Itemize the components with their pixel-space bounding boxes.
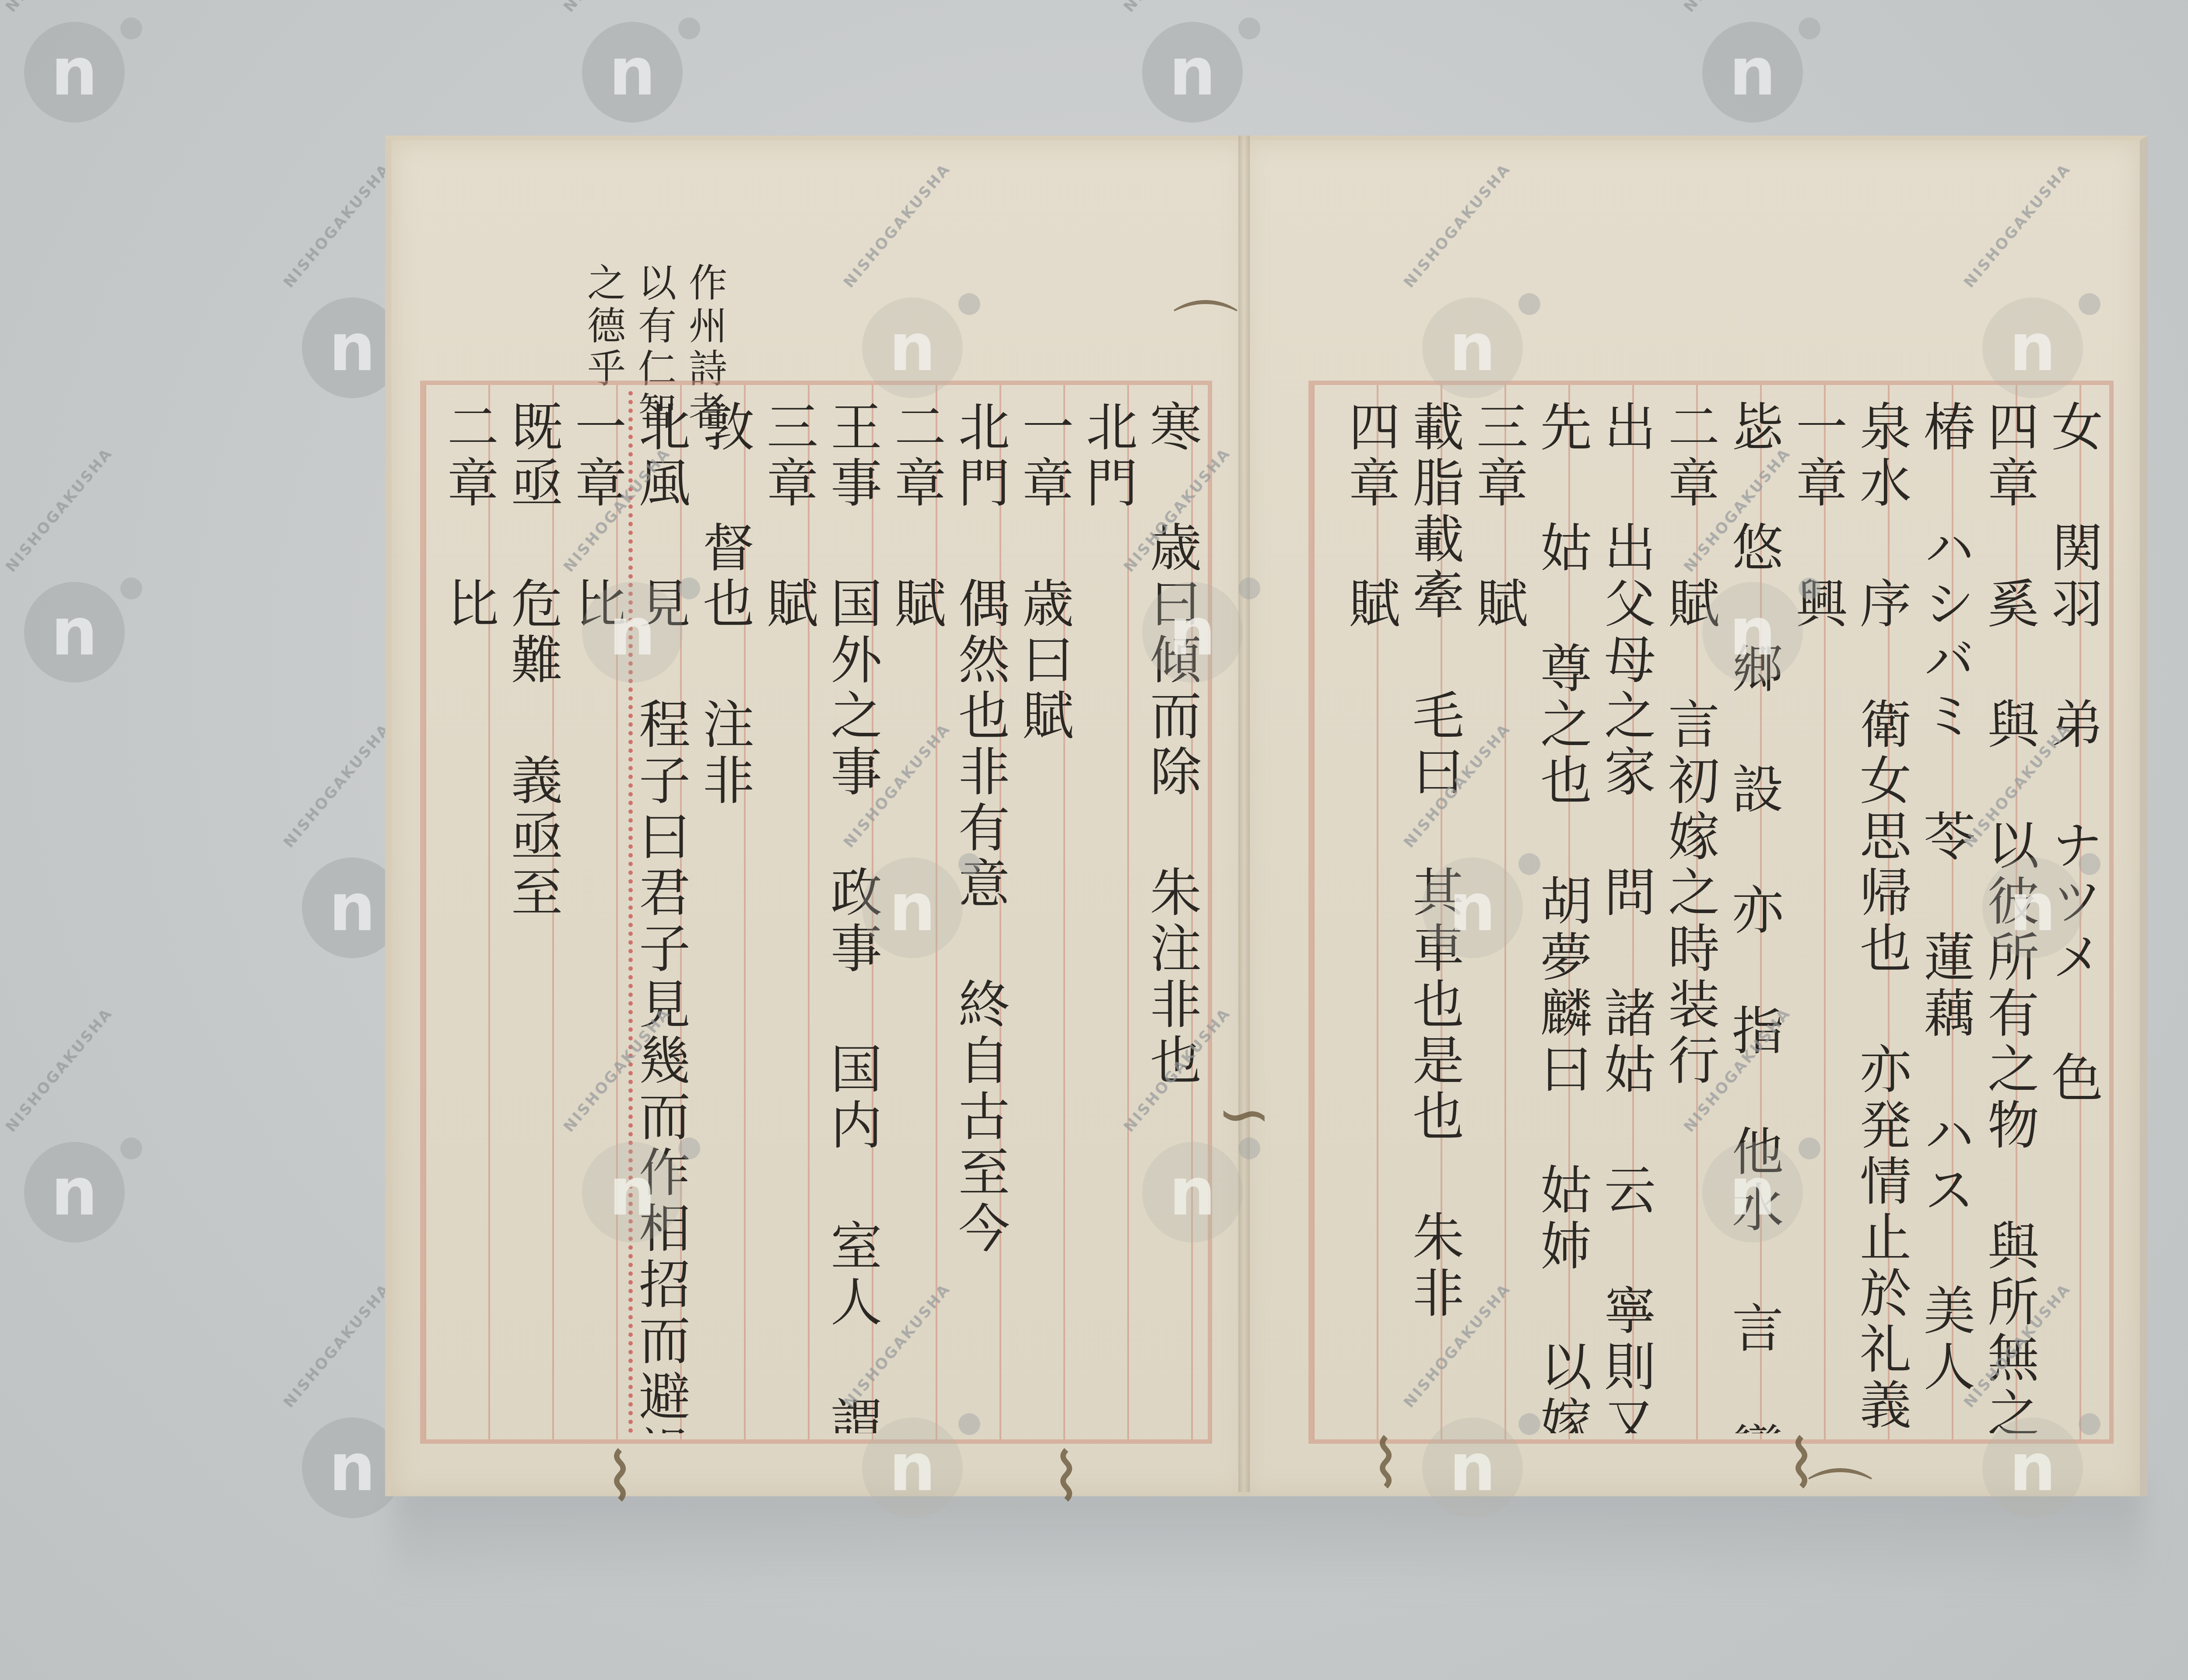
open-notebook: 作州詩者 以有仁智 之德乎 寒 歳曰傾而除 朱注非也 北門 一章 歳曰賦 北門 … [385,136,2140,1492]
watermark-logo-icon: nNISHOGAKUSHA [582,22,683,122]
watermark-dot-icon [1238,577,1260,599]
binding-thread-mark-icon: ⌇ [1050,1439,1082,1515]
watermark-dot-icon [1518,293,1540,315]
watermark-n-glyph: n [1729,1154,1776,1230]
text-column: 毖 悠 郷 設 亦 指 他水 言 變 以容 自言 [1722,391,1785,1433]
watermark-logo-icon: nNISHOGAKUSHA [862,1417,963,1518]
watermark-dot-icon [1238,17,1260,39]
watermark-logo-icon: nNISHOGAKUSHA [862,297,963,398]
binding-thread-mark-icon: ⌇ [604,1439,636,1515]
watermark-logo-icon: nNISHOGAKUSHA [582,1142,683,1242]
text-column: 三章 賦 [756,391,820,1433]
watermark-n-glyph: n [1169,594,1216,670]
watermark-logo-icon: nNISHOGAKUSHA [1142,582,1243,682]
watermark-dot-icon [120,17,142,39]
text-column: 四章 賦 [1338,391,1402,1433]
watermark-n-glyph: n [51,34,98,110]
watermark-dot-icon [2079,1413,2100,1435]
watermark-logo-icon: nNISHOGAKUSHA [1982,857,2083,958]
watermark-n-glyph: n [2009,1430,2056,1506]
watermark-label: NISHOGAKUSHA [1680,0,1795,16]
watermark-n-glyph: n [609,594,656,670]
watermark-label: NISHOGAKUSHA [1120,0,1234,16]
watermark-logo-icon: nNISHOGAKUSHA [1422,1417,1523,1518]
text-column: 出 出父母之家 問 諸姑 云 寧則又問姑及姉 [1594,391,1658,1433]
text-column: 北門 [1076,391,1140,1433]
binding-thread-mark-icon: ⌒ [1807,1448,1873,1543]
watermark-n-glyph: n [889,310,936,386]
watermark-dot-icon [120,1137,142,1159]
watermark-logo-icon: nNISHOGAKUSHA [1702,582,1803,682]
watermark-label: NISHOGAKUSHA [280,720,394,851]
watermark-n-glyph: n [1729,594,1776,670]
text-column: 二章 比 [437,391,501,1433]
watermark-label: NISHOGAKUSHA [2,444,116,576]
watermark-dot-icon [958,293,980,315]
text-column: 一章 歳曰賦 [1012,391,1076,1433]
watermark-n-glyph: n [51,594,98,670]
left-ruled-frame: 寒 歳曰傾而除 朱注非也 北門 一章 歳曰賦 北門 偶然也非有意 終自古至今 二… [420,381,1212,1444]
watermark-label: NISHOGAKUSHA [560,0,674,16]
watermark-logo-icon: nNISHOGAKUSHA [24,1142,125,1242]
watermark-dot-icon [1518,853,1540,875]
watermark-dot-icon [678,17,700,39]
watermark-n-glyph: n [1729,34,1776,110]
watermark-logo-icon: nNISHOGAKUSHA [1142,22,1243,122]
watermark-logo-icon: nNISHOGAKUSHA [1982,1417,2083,1518]
watermark-n-glyph: n [329,1430,376,1506]
book-spine [1238,136,1250,1492]
binding-thread-mark-icon: ⌇ [1370,1426,1402,1502]
text-column: 一章 興 [1785,391,1849,1433]
watermark-n-glyph: n [1169,1154,1216,1230]
watermark-n-glyph: n [1449,310,1496,386]
watermark-dot-icon [1799,1137,1820,1159]
text-column: 既亟 危難 義亟至 [501,391,565,1433]
watermark-dot-icon [2079,853,2100,875]
watermark-n-glyph: n [609,1154,656,1230]
watermark-n-glyph: n [2009,870,2056,946]
watermark-n-glyph: n [1449,1430,1496,1506]
watermark-logo-icon: nNISHOGAKUSHA [862,857,963,958]
watermark-dot-icon [958,1413,980,1435]
watermark-dot-icon [1799,17,1820,39]
watermark-logo-icon: nNISHOGAKUSHA [1702,22,1803,122]
watermark-label: NISHOGAKUSHA [2,0,116,16]
watermark-dot-icon [2079,293,2100,315]
watermark-logo-icon: nNISHOGAKUSHA [24,582,125,682]
watermark-dot-icon [958,853,980,875]
watermark-dot-icon [120,577,142,599]
watermark-label: NISHOGAKUSHA [280,1280,394,1411]
watermark-dot-icon [1799,577,1820,599]
watermark-logo-icon: nNISHOGAKUSHA [24,22,125,122]
text-column: 椿 ハシバミ 苓 蓮藕 ハス 美人 以德言 [1913,391,1977,1433]
watermark-n-glyph: n [51,1154,98,1230]
watermark-n-glyph: n [329,870,376,946]
watermark-label: NISHOGAKUSHA [280,160,394,291]
watermark-dot-icon [1518,1413,1540,1435]
watermark-n-glyph: n [329,310,376,386]
text-column-red-marked: 北風 見 程子曰君子見幾而作相招而避禍者也 [628,391,692,1433]
watermark-dot-icon [678,577,700,599]
watermark-label: NISHOGAKUSHA [2,1004,116,1136]
watermark-n-glyph: n [1449,870,1496,946]
watermark-n-glyph: n [889,1430,936,1506]
watermark-dot-icon [1238,1137,1260,1159]
watermark-logo-icon: nNISHOGAKUSHA [1142,1142,1243,1242]
watermark-logo-icon: nNISHOGAKUSHA [582,582,683,682]
text-column: 先 姑 尊之也 胡夢麟曰 姑姉 以嫁 以無之是也 [1530,391,1594,1433]
watermark-n-glyph: n [2009,310,2056,386]
watermark-logo-icon: nNISHOGAKUSHA [1982,297,2083,398]
watermark-logo-icon: nNISHOGAKUSHA [1422,297,1523,398]
watermark-n-glyph: n [609,34,656,110]
left-text-columns: 寒 歳曰傾而除 朱注非也 北門 一章 歳曰賦 北門 偶然也非有意 終自古至今 二… [429,391,1203,1433]
watermark-n-glyph: n [1169,34,1216,110]
text-column: 敦 督也 注非 [692,391,756,1433]
watermark-dot-icon [678,1137,700,1159]
watermark-logo-icon: nNISHOGAKUSHA [1422,857,1523,958]
watermark-n-glyph: n [889,870,936,946]
watermark-logo-icon: nNISHOGAKUSHA [1702,1142,1803,1242]
text-column: 泉水 序 衛女思帰也 亦発情止於礼義 [1849,391,1913,1433]
binding-thread-mark-icon: ⌒ [1173,280,1238,374]
